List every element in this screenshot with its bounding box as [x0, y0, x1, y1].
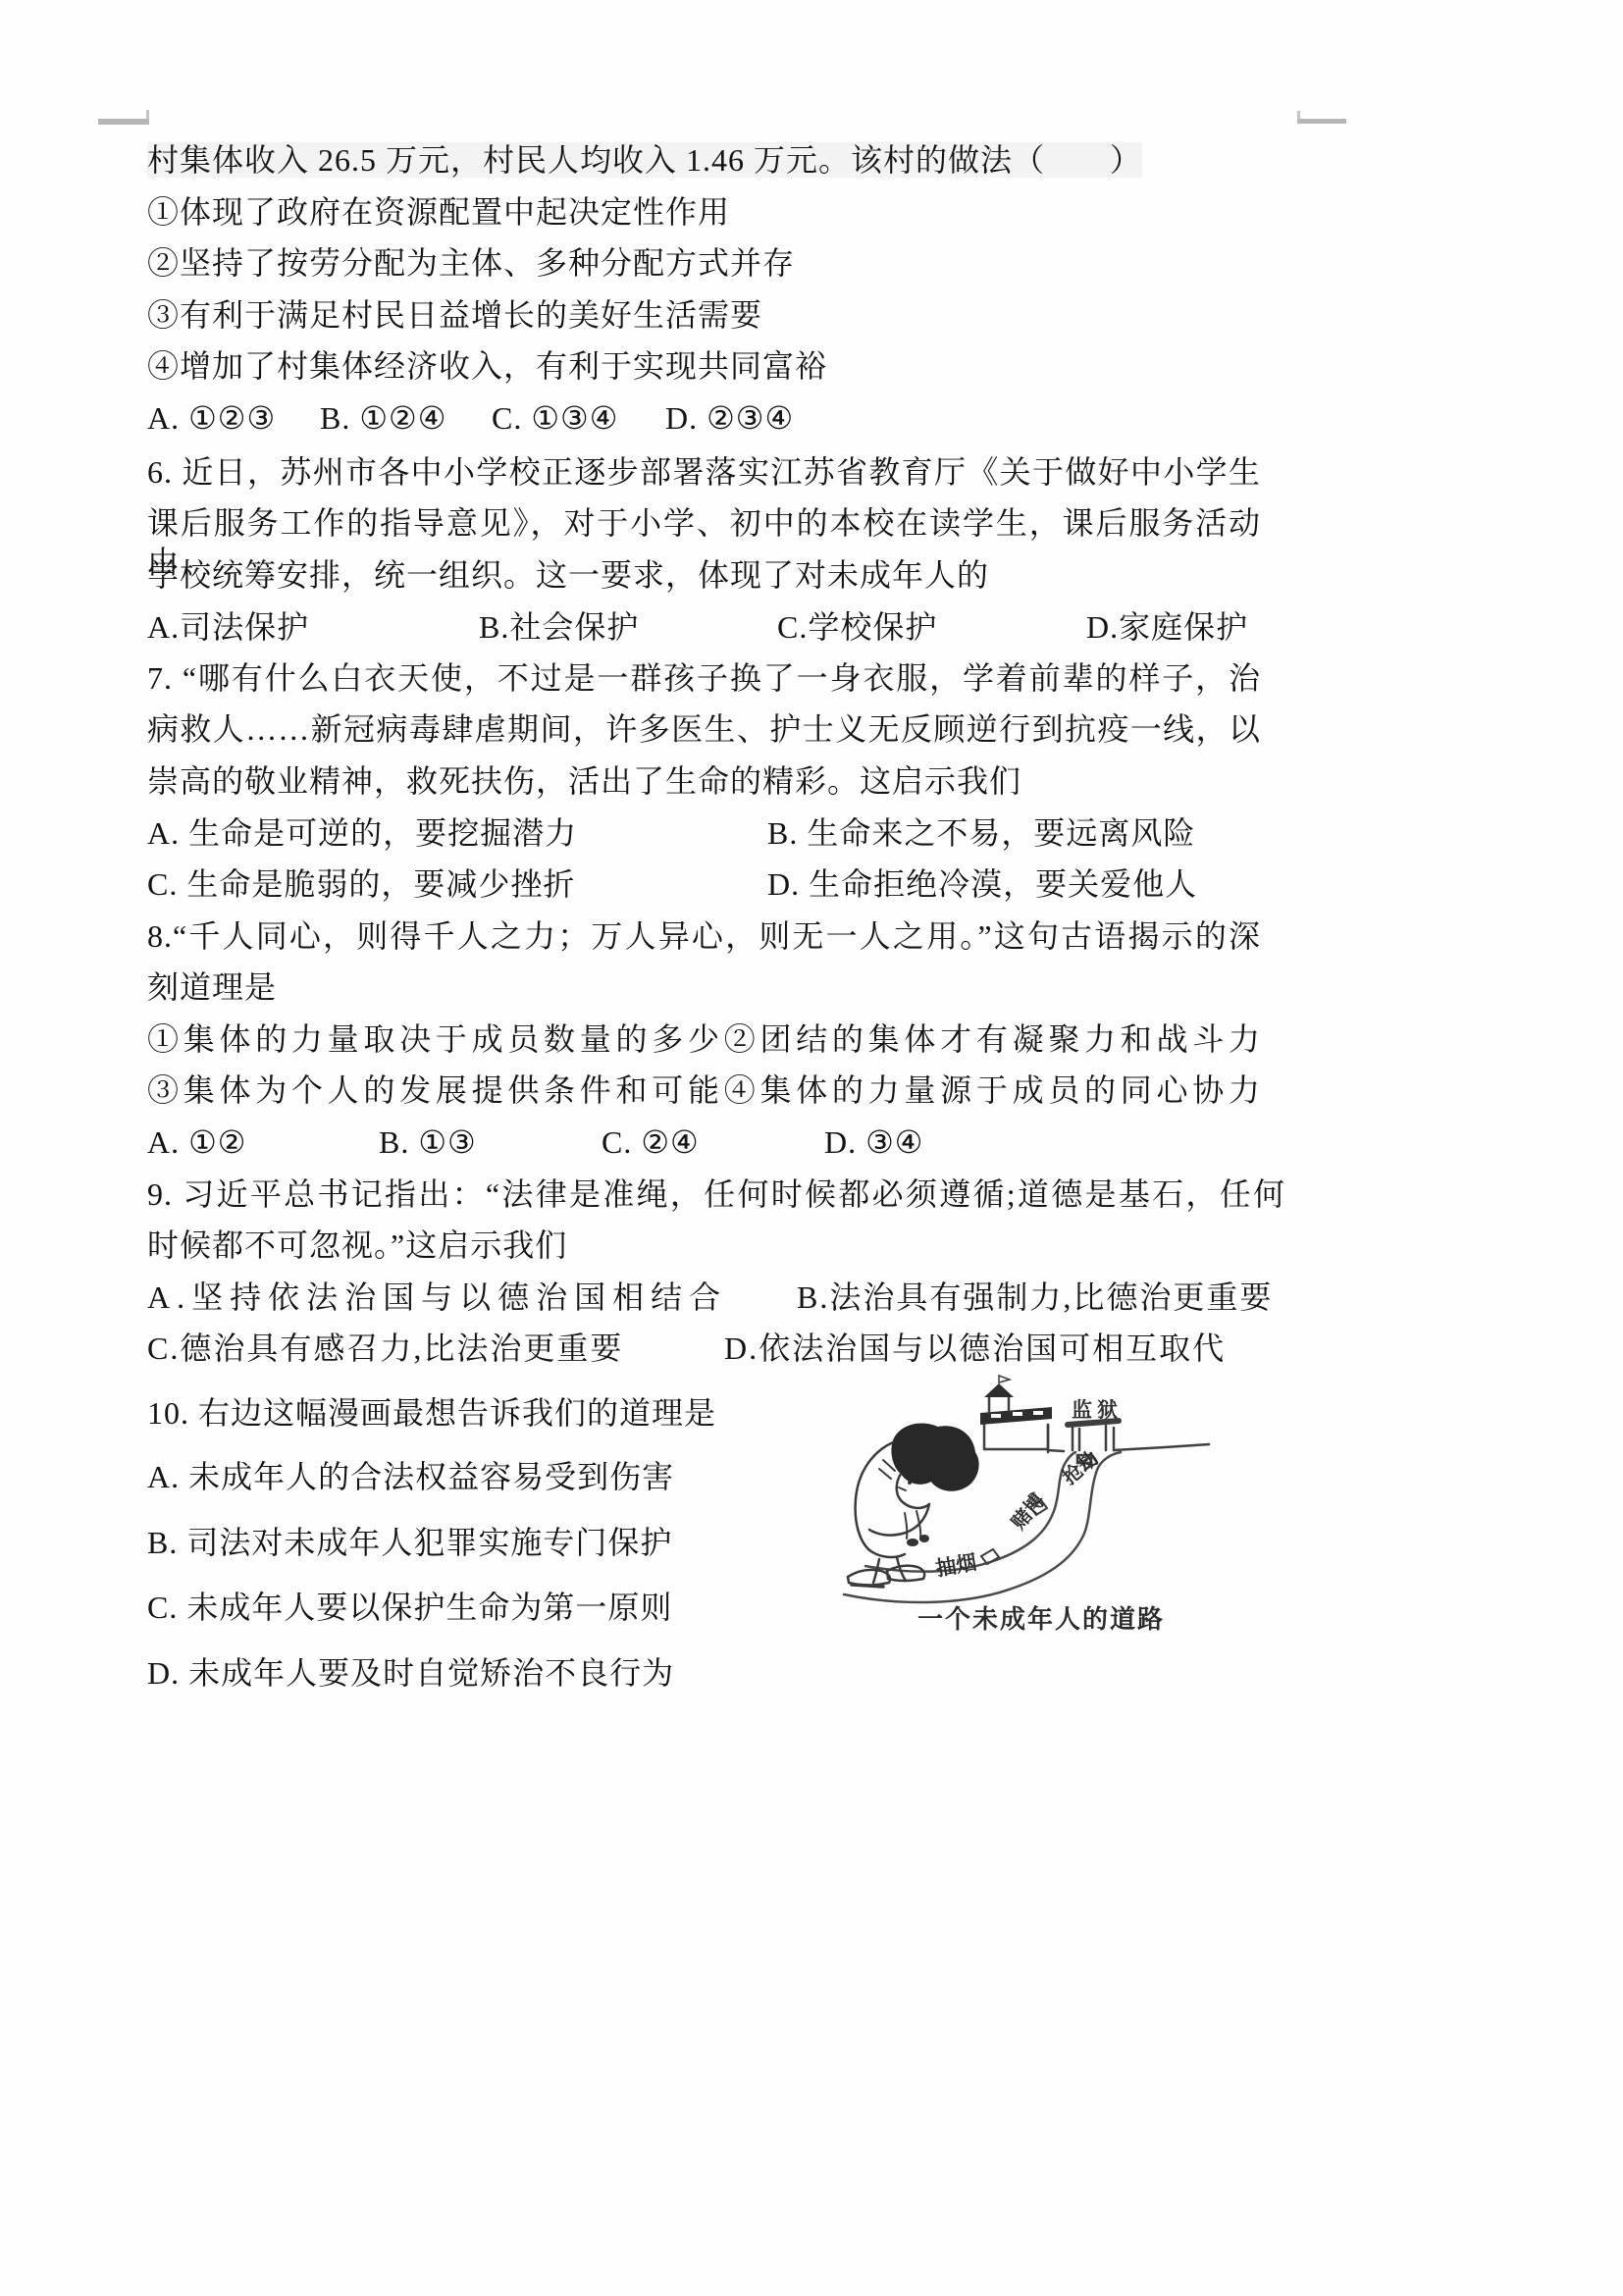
q7-stem-line2: 病救人……新冠病毒肆虐期间，许多医生、护士义无反顾逆行到抗疫一线，以 [147, 709, 1261, 758]
q6-stem-line1: 6. 近日，苏州市各中小学校正逐步部署落实江苏省教育厅《关于做好中小学生 [147, 452, 1261, 501]
q7-answer-b: B. 生命来之不易，要远离风险 [767, 813, 1195, 853]
q8-answer-c: C. ②④ [602, 1122, 700, 1162]
q5-stem-line: 村集体收入 26.5 万元，村民人均收入 1.46 万元。该村的做法（ ） [147, 140, 1261, 189]
q6-answer-row: A.司法保护 B.社会保护 C.学校保护 D.家庭保护 [147, 607, 1261, 656]
q8-items34-line: ③集体为个人的发展提供条件和可能④集体的力量源于成员的同心协力 [147, 1070, 1261, 1120]
exam-page: 村集体收入 26.5 万元，村民人均收入 1.46 万元。该村的做法（ ） ①体… [0, 0, 1623, 2296]
q5-answer-row: A. ①②③ B. ①②④ C. ①③④ D. ②③④ [147, 398, 1261, 447]
q9-answer-row-ab: A.坚持依法治国与以德治国相结合 B.法治具有强制力,比德治更重要 [147, 1278, 1285, 1327]
scan-mark-left-tick [146, 110, 149, 120]
q7-answer-c: C. 生命是脆弱的，要减少挫折 [147, 864, 575, 904]
q8-answer-a: A. ①② [147, 1122, 246, 1162]
path-label-smoking: 抽烟 [934, 1550, 979, 1581]
q8-items12-line: ①集体的力量取决于成员数量的多少②团结的集体才有凝聚力和战斗力 [147, 1019, 1261, 1069]
cartoon-caption: 一个未成年人的道路 [917, 1599, 1165, 1636]
scan-mark-left [98, 119, 149, 125]
q5-item1-line: ①体现了政府在资源配置中起决定性作用 [147, 192, 1261, 241]
q5-answer-c: C. ①③④ [492, 398, 618, 438]
q7-answer-row-ab: A. 生命是可逆的，要挖掘潜力 B. 生命来之不易，要远离风险 [147, 813, 1261, 862]
scan-mark-right [1297, 119, 1346, 124]
q8-answer-b: B. ①③ [379, 1122, 477, 1162]
q5-item3-line: ③有利于满足村民日益增长的美好生活需要 [147, 295, 1261, 344]
q9-answer-c: C.德治具有感召力,比法治更重要 [147, 1329, 623, 1368]
q9-answer-b: B.法治具有强制力,比德治更重要 [797, 1278, 1273, 1317]
q7-stem-line3: 崇高的敬业精神，救死扶伤，活出了生命的精彩。这启示我们 [147, 761, 1261, 810]
q5-answer-d: D. ②③④ [665, 398, 794, 438]
path-label-robbery: 抢劫 [1058, 1446, 1103, 1489]
q9-stem-line2: 时候都不可忽视。”这启示我们 [147, 1226, 1261, 1275]
q6-answer-b: B.社会保护 [479, 607, 639, 647]
q6-answer-c: C.学校保护 [777, 607, 937, 647]
q7-answer-a: A. 生命是可逆的，要挖掘潜力 [147, 813, 577, 853]
q6-answer-a: A.司法保护 [147, 607, 309, 647]
q5-item2-line: ②坚持了按劳分配为主体、多种分配方式并存 [147, 243, 1261, 292]
path-label-gambling: 赌博 [1006, 1488, 1049, 1534]
q9-stem-line1: 9. 习近平总书记指出：“法律是准绳，任何时候都必须遵循;道德是基石，任何 [147, 1174, 1285, 1224]
q8-answer-row: A. ①② B. ①③ C. ②④ D. ③④ [147, 1122, 1261, 1172]
q9-answer-d: D.依法治国与以德治国可相互取代 [724, 1329, 1226, 1368]
q10-answer-d: D. 未成年人要及时自觉矫治不良行为 [147, 1653, 1261, 1702]
q7-answer-d: D. 生命拒绝冷漠，要关爱他人 [767, 864, 1197, 904]
q5-answer-b: B. ①②④ [320, 398, 446, 438]
q8-stem-line2: 刻道理是 [147, 967, 1261, 1017]
q5-stem-text: 村集体收入 26.5 万元，村民人均收入 1.46 万元。该村的做法（ ） [147, 142, 1142, 178]
q8-stem-line1: 8.“千人同心，则得千人之力；万人异心，则无一人之用。”这句古语揭示的深 [147, 916, 1261, 965]
q6-stem-line2: 课后服务工作的指导意见》，对于小学、初中的本校在读学生，课后服务活动由 [147, 503, 1261, 552]
q8-answer-d: D. ③④ [824, 1122, 923, 1162]
q7-stem-line1: 7. “哪有什么白衣天使，不过是一群孩子换了一身衣服，学着前辈的样子，治 [147, 658, 1261, 707]
prison-label: 监狱 [1072, 1398, 1123, 1422]
scan-mark-right-tick [1297, 111, 1300, 120]
q5-answer-a: A. ①②③ [147, 398, 276, 438]
q9-answer-row-cd: C.德治具有感召力,比法治更重要 D.依法治国与以德治国可相互取代 [147, 1329, 1285, 1378]
q7-answer-row-cd: C. 生命是脆弱的，要减少挫折 D. 生命拒绝冷漠，要关爱他人 [147, 864, 1261, 913]
q6-stem-line3: 学校统筹安排，统一组织。这一要求，体现了对未成年人的 [147, 555, 1261, 604]
q5-item4-line: ④增加了村集体经济收入，有利于实现共同富裕 [147, 346, 1261, 395]
q6-answer-d: D.家庭保护 [1086, 607, 1248, 647]
q9-answer-a: A.坚持依法治国与以德治国相结合 [147, 1278, 727, 1317]
